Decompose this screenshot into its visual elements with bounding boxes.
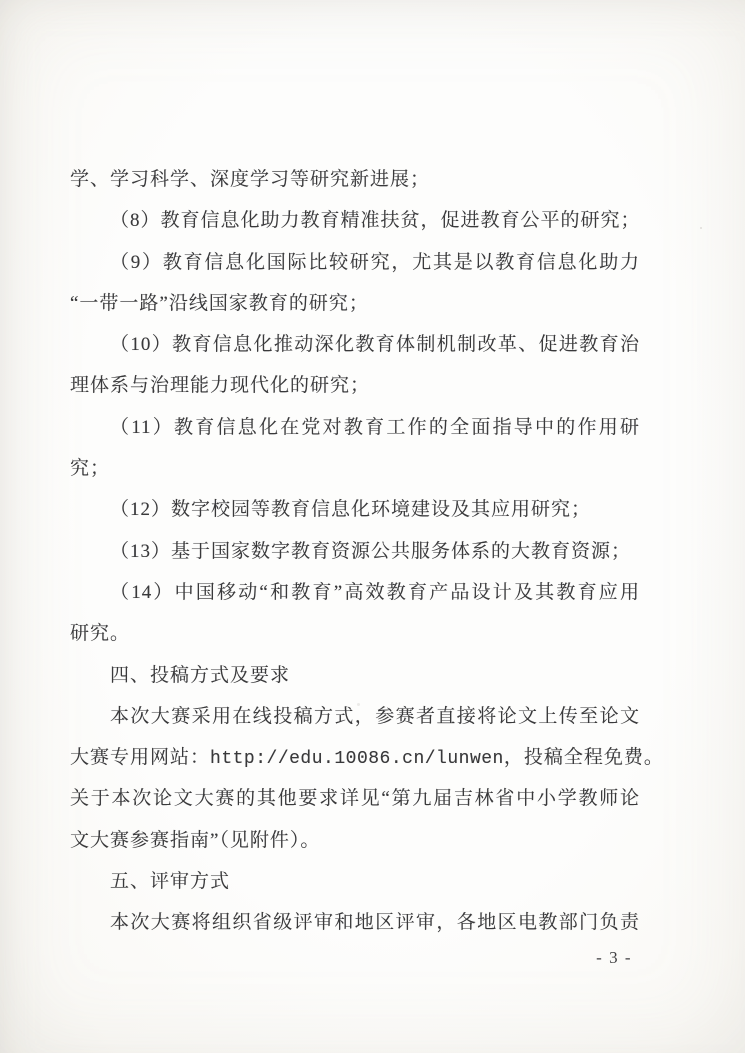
text-segment: （11）教育信息化在党对教育工作的全面指导中的作用研 xyxy=(110,417,640,438)
scan-speck xyxy=(700,227,702,229)
text-segment: （8）教育信息化助力教育精准扶贫，促进教育公平的研究； xyxy=(110,210,641,231)
text-segment: （12）数字校园等教育信息化环境建设及其应用研究； xyxy=(110,499,591,520)
text-segment: 学、学习科学、深度学习等研究新进展； xyxy=(70,169,430,190)
text-segment: 文大赛参赛指南”（见附件）。 xyxy=(70,830,320,851)
scan-speck xyxy=(357,703,360,706)
text-segment: （9）教育信息化国际比较研究，尤其是以教育信息化助力 xyxy=(110,252,640,273)
document-body: 学、学习科学、深度学习等研究新进展；（8）教育信息化助力教育精准扶贫，促进教育公… xyxy=(70,159,640,944)
text-segment: 本次大赛将组织省级评审和地区评审，各地区电教部门负责 xyxy=(110,912,640,933)
text-line: （10）教育信息化推动深化教育体制机制改革、促进教育治 xyxy=(70,324,640,365)
text-segment: （14）中国移动“和教育”高效教育产品设计及其教育应用 xyxy=(110,582,640,603)
text-segment: 四、投稿方式及要求 xyxy=(110,665,290,686)
text-segment: 理体系与治理能力现代化的研究； xyxy=(70,375,370,396)
text-line: （11）教育信息化在党对教育工作的全面指导中的作用研 xyxy=(70,407,640,448)
text-line: 关于本次论文大赛的其他要求详见“第九届吉林省中小学教师论 xyxy=(70,778,640,819)
text-line: 本次大赛将组织省级评审和地区评审，各地区电教部门负责 xyxy=(70,902,640,943)
page-number: - 3 - xyxy=(596,948,632,968)
text-line: 四、投稿方式及要求 xyxy=(70,655,640,696)
text-line: 本次大赛采用在线投稿方式，参赛者直接将论文上传至论文 xyxy=(70,696,640,737)
text-line: （14）中国移动“和教育”高效教育产品设计及其教育应用 xyxy=(70,572,640,613)
text-line: （13）基于国家数字教育资源公共服务体系的大教育资源； xyxy=(70,531,640,572)
text-line: （9）教育信息化国际比较研究，尤其是以教育信息化助力 xyxy=(70,242,640,283)
text-line: （12）数字校园等教育信息化环境建设及其应用研究； xyxy=(70,489,640,530)
url-text: http://edu.10086.cn/lunwen xyxy=(210,749,504,769)
text-line: 究； xyxy=(70,448,640,489)
scan-speck xyxy=(391,216,394,218)
text-segment: （10）教育信息化推动深化教育体制机制改革、促进教育治 xyxy=(110,334,640,355)
document-page: 学、学习科学、深度学习等研究新进展；（8）教育信息化助力教育精准扶贫，促进教育公… xyxy=(0,0,745,1053)
text-line: 大赛专用网站：http://edu.10086.cn/lunwen，投稿全程免费… xyxy=(70,737,640,778)
text-line: （8）教育信息化助力教育精准扶贫，促进教育公平的研究； xyxy=(70,200,640,241)
text-segment: 研究。 xyxy=(70,623,130,644)
text-line: 文大赛参赛指南”（见附件）。 xyxy=(70,820,640,861)
text-segment: （13）基于国家数字教育资源公共服务体系的大教育资源； xyxy=(110,541,631,562)
scanned-document-screenshot: { "page": { "number_label": "- 3 -" }, "… xyxy=(0,0,745,1053)
text-line: 理体系与治理能力现代化的研究； xyxy=(70,365,640,406)
text-segment: 关于本次论文大赛的其他要求详见“第九届吉林省中小学教师论 xyxy=(70,788,640,809)
text-segment: 究； xyxy=(70,458,110,479)
text-line: 研究。 xyxy=(70,613,640,654)
text-line: “一带一路”沿线国家教育的研究； xyxy=(70,283,640,324)
text-line: 学、学习科学、深度学习等研究新进展； xyxy=(70,159,640,200)
text-segment: 本次大赛采用在线投稿方式，参赛者直接将论文上传至论文 xyxy=(110,706,640,727)
text-segment: 大赛专用网站： xyxy=(70,747,210,768)
text-line: 五、评审方式 xyxy=(70,861,640,902)
text-segment: ，投稿全程免费。 xyxy=(504,747,664,768)
text-segment: “一带一路”沿线国家教育的研究； xyxy=(70,293,369,314)
text-segment: 五、评审方式 xyxy=(110,871,230,892)
